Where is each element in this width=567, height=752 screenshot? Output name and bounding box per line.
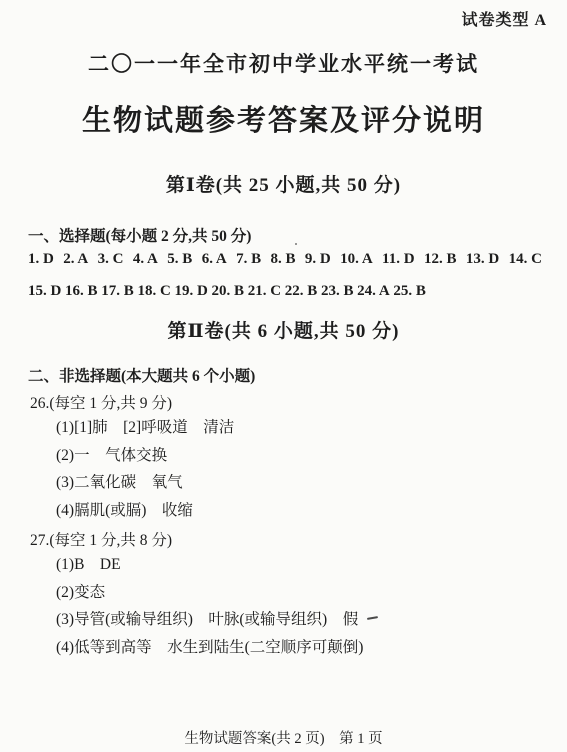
- answer-item: 6. A: [202, 251, 227, 268]
- answer-item: 25. B: [393, 283, 426, 300]
- answer-line: (4)膈肌(或膈) 收缩: [56, 502, 234, 520]
- answer-item: 11. D: [382, 251, 415, 268]
- answer-item: 7. B: [236, 251, 261, 268]
- answer-item: 9. D: [305, 251, 331, 268]
- answer-line: (1)B DE: [56, 556, 363, 574]
- answer-item: 12. B: [424, 251, 457, 268]
- answer-line: (3)导管(或输导组织) 叶脉(或输导组织) 假: [56, 611, 363, 629]
- answer-item: 17. B: [101, 283, 134, 300]
- answer-item: 15. D: [28, 283, 61, 300]
- answer-item: 4. A: [133, 251, 158, 268]
- answer-item: 24. A: [357, 283, 390, 300]
- answer-line: (3)二氧化碳 氧气: [56, 474, 234, 492]
- multiple-choice-section-heading: 一、选择题(每小题 2 分,共 50 分): [28, 224, 251, 246]
- answer-item: 8. B: [271, 251, 296, 268]
- answer-line: (4)低等到高等 水生到陆生(二空顺序可颠倒): [56, 639, 363, 657]
- answer-item: 3. C: [98, 251, 124, 268]
- answer-item: 20. B: [212, 283, 245, 300]
- answer-item: 2. A: [63, 251, 88, 268]
- page-footer: 生物试题答案(共 2 页) 第 1 页: [0, 727, 567, 748]
- part2-heading: 第Ⅱ卷(共 6 小题,共 50 分): [0, 316, 567, 343]
- document-title: 生物试题参考答案及评分说明: [0, 98, 567, 139]
- exam-title: 二〇一一年全市初中学业水平统一考试: [0, 48, 567, 78]
- part1-heading: 第Ⅰ卷(共 25 小题,共 50 分): [0, 170, 567, 197]
- answer-item: 22. B: [285, 283, 318, 300]
- answer-item: 14. C: [509, 251, 542, 268]
- answer-item: 18. C: [137, 283, 170, 300]
- answers-row-2: 15. D16. B17. B18. C19. D20. B21. C22. B…: [28, 283, 426, 300]
- question-26-header: 26.(每空 1 分,共 9 分): [30, 391, 172, 413]
- non-choice-section-heading: 二、非选择题(本大题共 6 个小题): [28, 364, 255, 386]
- paper-type-label: 试卷类型 A: [461, 7, 547, 30]
- answer-item: 19. D: [174, 283, 207, 300]
- answers-row-1: 1. D2. A3. C4. A5. B6. A7. B8. B9. D10. …: [28, 251, 542, 268]
- answer-item: 1. D: [28, 251, 54, 268]
- answer-item: 21. C: [248, 283, 281, 300]
- question-27-header: 27.(每空 1 分,共 8 分): [30, 528, 172, 550]
- answer-item: 23. B: [321, 283, 354, 300]
- answer-item: 5. B: [167, 251, 192, 268]
- scan-artifact: [367, 616, 378, 620]
- answer-line: (2)变态: [56, 584, 363, 602]
- question-27-answers: (1)B DE(2)变态(3)导管(或输导组织) 叶脉(或输导组织) 假(4)低…: [56, 556, 363, 666]
- answer-item: 13. D: [466, 251, 499, 268]
- answer-item: 16. B: [65, 283, 98, 300]
- answer-line: (2)一 气体交换: [56, 447, 234, 465]
- answer-item: 10. A: [340, 251, 373, 268]
- scan-artifact: [295, 243, 297, 245]
- answer-key-page: 试卷类型 A 二〇一一年全市初中学业水平统一考试 生物试题参考答案及评分说明 第…: [0, 0, 567, 752]
- question-26-answers: (1)[1]肺 [2]呼吸道 清洁(2)一 气体交换(3)二氧化碳 氧气(4)膈…: [56, 419, 234, 529]
- answer-line: (1)[1]肺 [2]呼吸道 清洁: [56, 419, 234, 437]
